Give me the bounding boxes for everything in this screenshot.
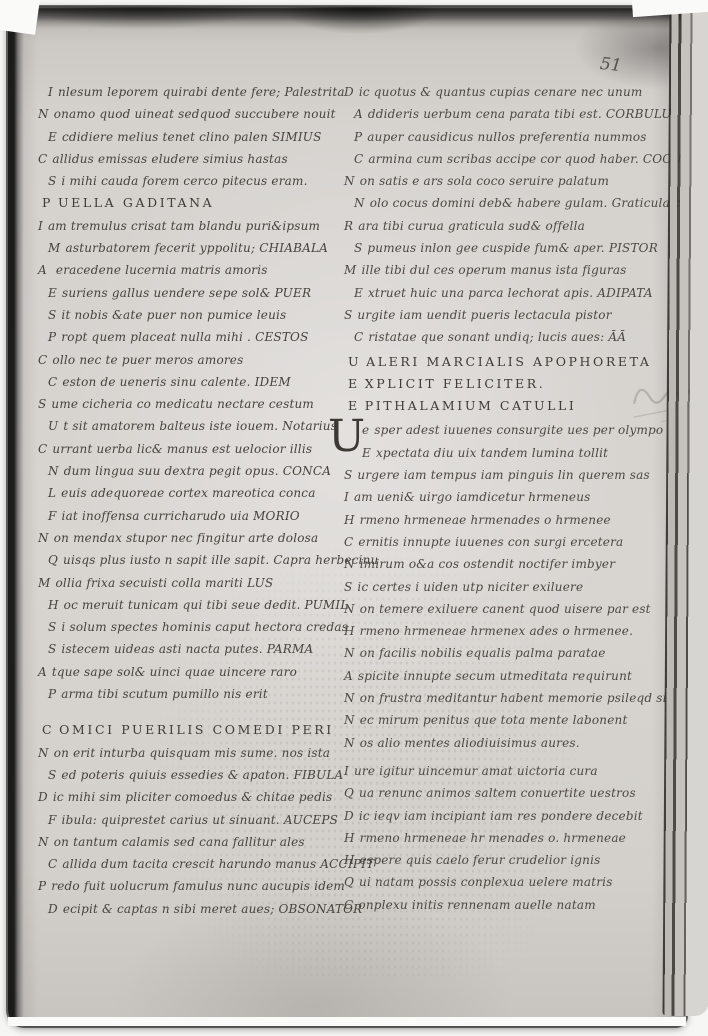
manuscript-line: Non mendax stupor nec fingitur arte dolo… [38,527,340,549]
manuscript-line: Nec mirum penitus que tota mente labonen… [344,709,686,731]
manuscript-line: Hoc meruit tunicam qui tibi seue dedit. … [38,594,340,616]
manuscript-line: Spumeus inlon gee cuspide fum& aper. PIS… [344,237,686,259]
page-left-shadow [8,7,24,1026]
manuscript-line: Nimirum o&a cos ostendit noctifer imbyer [344,553,686,575]
manuscript-line: Ndum lingua suu dextra pegit opus. CONCA [38,460,340,482]
manuscript-line: Surgite iam uendit pueris lectacula pist… [344,304,686,326]
manuscript-line: Atque sape sol& uinci quae uincere raro [38,661,340,683]
folio-number: 51 [599,54,623,76]
manuscript-line: Predo fuit uolucrum famulus nunc aucupis… [38,875,340,897]
manuscript-line: Callidus emissas eludere simius hastas [38,148,340,170]
manuscript-line: Ut sit amatorem balteus iste iouem. Nota… [38,415,340,437]
manuscript-line: Iam tremulus crisat tam blandu puri&ipsu… [38,215,340,237]
manuscript-line: Qui natam possis conplexua uelere matris [344,871,686,893]
text-column-right: Dic quotus & quantus cupias cenare nec u… [344,81,686,916]
manuscript-line: Decipit & captas n sibi meret aues; OBSO… [38,898,340,920]
manuscript-line: Propt quem placeat nulla mihi . CESTOS [38,326,340,348]
manuscript-line: Nolo cocus domini deb& habere gulam. Gra… [344,192,686,214]
manuscript-line: Sed poteris quiuis essedies & apaton. FI… [38,764,340,786]
manuscript-line: Hrmeno hrmeneae hr menades o. hrmeneae [344,827,686,849]
manuscript-line: Pauper causidicus nullos preferentia num… [344,126,686,148]
manuscript-line: Iam ueni& uirgo iamdicetur hrmeneus [344,486,686,508]
section-heading: COMICI PUERILIS COMEDI PERI [38,719,340,741]
manuscript-line: Qua renunc animos saltem conuertite uest… [344,782,686,804]
manuscript-line: Non temere exiluere canent quod uisere p… [344,598,686,620]
manuscript-line: Carmina cum scribas accipe cor quod habe… [344,148,686,170]
manuscript-line: Non frustra meditantur habent memorie ps… [344,687,686,709]
manuscript-line: Expectata diu uix tandem lumina tollit [344,442,686,464]
parchment-leaf: 51 Inlesum leporem quirabi dente fere; P… [8,7,686,1026]
manuscript-line: Dic ieqv iam incipiant iam res pondere d… [344,805,686,827]
manuscript-line: Mollia frixa secuisti colla mariti LUS [38,572,340,594]
manuscript-line: Esuriens gallus uendere sepe sol& PUER [38,282,340,304]
manuscript-line: Ecdidiere melius tenet clino palen SIMIU… [38,126,340,148]
manuscript-line: Si solum spectes hominis caput hectora c… [38,616,340,638]
manuscript-line: Conplexu initis rennenam auelle natam [344,894,686,916]
manuscript-line: Masturbatorem fecerit yppolitu; CHIABALA [38,237,340,259]
manuscript-line: Non facilis nobilis equalis palma parata… [344,642,686,664]
text-column-left: Inlesum leporem quirabi dente fere; Pale… [38,81,340,920]
page-top-stain [8,7,686,29]
manuscript-line: Rara tibi curua graticula sud& offella [344,215,686,237]
manuscript-line: Hrmeno hrmeneae hrmenades o hrmenee [344,509,686,531]
manuscript-photo: 51 Inlesum leporem quirabi dente fere; P… [0,0,708,1036]
manuscript-line: Non tantum calamis sed cana fallitur ale… [38,831,340,853]
manuscript-line: Cristatae que sonant undiq; lucis aues: … [344,326,686,348]
manuscript-line: Nonamo quod uineat sedquod succubere nou… [38,103,340,125]
manuscript-line: Addideris uerbum cena parata tibi est. C… [344,103,686,125]
photo-bottom-margin [8,1017,686,1026]
manuscript-line: Hespere quis caelo ferur crudelior ignis [344,849,686,871]
manuscript-line: Quisqs plus iusto n sapit ille sapit. Ca… [38,549,340,571]
manuscript-line: Callida dum tacita crescit harundo manus… [38,853,340,875]
photo-corner-top-left [0,0,41,35]
section-heading: UALERI MARCIALIS APOPHORETA [344,351,686,373]
book-fore-edge [662,2,708,1016]
manuscript-line: Non erit inturba quisquam mis sume. nos … [38,742,340,764]
manuscript-line: Sistecem uideas asti nacta putes. PARMA [38,638,340,660]
manuscript-line: Parma tibi scutum pumillo nis erit [38,683,340,705]
manuscript-line: Leuis adequoreae cortex mareotica conca [38,482,340,504]
manuscript-line: Fibula: quiprestet carius ut sinuant. AU… [38,809,340,831]
manuscript-line: Dic quotus & quantus cupias cenare nec u… [344,81,686,103]
manuscript-line: Inlesum leporem quirabi dente fere; Pale… [38,81,340,103]
manuscript-line: Collo nec te puer meros amores [38,349,340,371]
manuscript-line: Dic mihi sim pliciter comoedus & chitae … [38,786,340,808]
manuscript-line: Ceston de ueneris sinu calente. IDEM [38,371,340,393]
manuscript-line: Extruet huic una parca lechorat apis. AD… [344,282,686,304]
manuscript-line: Fiat inoffensa curricharudo uia MORIO [38,505,340,527]
manuscript-line: Non satis e ars sola coco seruire palatu… [344,170,686,192]
manuscript-line: Cernitis innupte iuuenes con surgi ercet… [344,531,686,553]
manuscript-line: Sic certes i uiden utp niciter exiluere [344,576,686,598]
manuscript-line: Currant uerba lic& manus est uelocior il… [38,438,340,460]
manuscript-line: Surgere iam tempus iam pinguis lin quere… [344,464,686,486]
manuscript-line: Hrmeno hrmeneae hrmenex ades o hrmenee. [344,620,686,642]
manuscript-line: Aspicite innupte secum utmeditata requir… [344,665,686,687]
manuscript-line: Si mihi cauda forem cerco pitecus eram. [38,170,340,192]
manuscript-line: Iure igitur uincemur amat uictoria cura [344,760,686,782]
manuscript-line: Nos alio mentes aliodiuisimus aures. [344,732,686,754]
manuscript-line: Sume cicheria co medicatu nectare cestum [38,393,340,415]
manuscript-line: Mille tibi dul ces operum manus ista fig… [344,259,686,281]
section-heading: PUELLA GADITANA [38,192,340,214]
manuscript-line: A eracedene lucernia matris amoris [38,259,340,281]
manuscript-line: Sit nobis &ate puer non pumice leuis [38,304,340,326]
